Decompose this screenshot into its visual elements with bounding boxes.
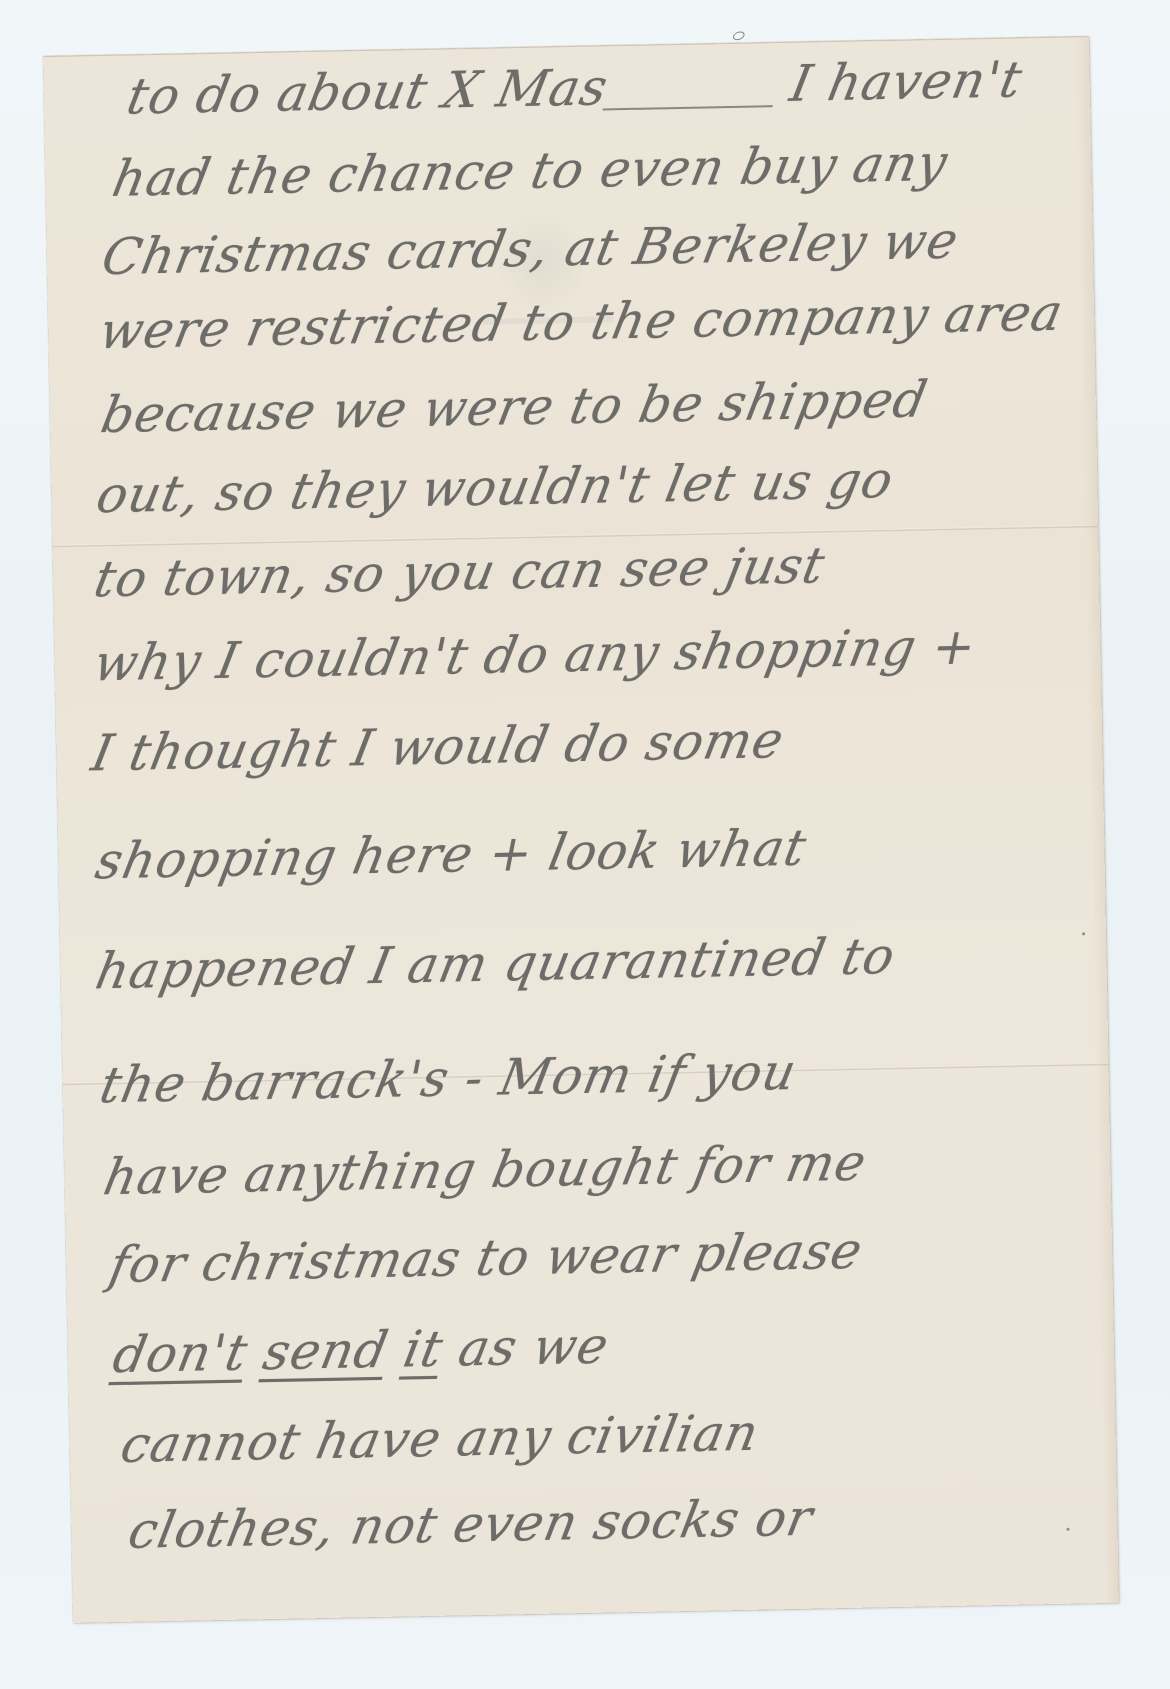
letter-line-6: out, so they wouldn't let us go <box>92 451 898 524</box>
line-text: have anything bought for me <box>99 1133 871 1206</box>
paper-speck <box>1066 1528 1069 1531</box>
letter-line-16: cannot have any civilian <box>116 1404 764 1474</box>
letter-line-9: I thought I would do some <box>87 711 789 782</box>
line-text: why I couldn't do any shopping + <box>89 617 981 692</box>
line-text: clothes, not even socks or <box>124 1489 818 1560</box>
line-text: the barrack's - Mom if you <box>95 1043 801 1115</box>
scanned-page: to do about X MasI haven't had the chanc… <box>0 0 1170 1689</box>
blank-underline <box>603 105 773 110</box>
letter-line-13: have anything bought for me <box>99 1133 871 1206</box>
letter-line-15: don't send it as we <box>109 1316 614 1384</box>
letter-line-4: were restricted to the company area <box>95 284 1068 361</box>
letter-sheet: to do about X MasI haven't had the chanc… <box>43 36 1119 1623</box>
line-text: I haven't <box>786 50 1028 113</box>
line-text: for christmas to wear please <box>105 1222 868 1295</box>
line-text: Christmas cards, at Berkeley we <box>97 212 963 287</box>
line-text: happened I am quarantined to <box>91 927 900 1001</box>
letter-line-7: to town, so you can see just <box>90 536 830 608</box>
line-text: had the chance to even buy any <box>108 134 953 208</box>
line-text: to do about X Mas <box>122 58 612 125</box>
line-text: shopping here + look what <box>91 819 811 891</box>
line-text: to town, so you can see just <box>90 536 830 608</box>
letter-line-3: Christmas cards, at Berkeley we <box>97 212 963 287</box>
line-text: as we <box>454 1316 614 1377</box>
letter-line-1: to do about X MasI haven't <box>122 50 1027 125</box>
underlined-word: it <box>399 1320 448 1379</box>
line-text: were restricted to the company area <box>95 284 1068 361</box>
stray-pencil-mark <box>732 30 746 42</box>
underlined-word: send <box>259 1321 394 1382</box>
line-text: because we were to be shipped <box>97 370 933 444</box>
letter-line-10: shopping here + look what <box>91 819 811 891</box>
line-text: out, so they wouldn't let us go <box>92 451 898 524</box>
letter-line-14: for christmas to wear please <box>105 1222 868 1295</box>
line-text: I thought I would do some <box>87 711 789 782</box>
underlined-word: don't <box>109 1323 253 1384</box>
letter-line-12: the barrack's - Mom if you <box>95 1043 801 1115</box>
paper-speck <box>1082 932 1085 935</box>
line-text: cannot have any civilian <box>116 1404 764 1474</box>
letter-line-2: had the chance to even buy any <box>108 134 953 208</box>
letter-line-8: why I couldn't do any shopping + <box>89 617 981 692</box>
letter-line-5: because we were to be shipped <box>97 370 933 444</box>
letter-line-17: clothes, not even socks or <box>124 1489 818 1560</box>
letter-line-11: happened I am quarantined to <box>91 927 900 1001</box>
